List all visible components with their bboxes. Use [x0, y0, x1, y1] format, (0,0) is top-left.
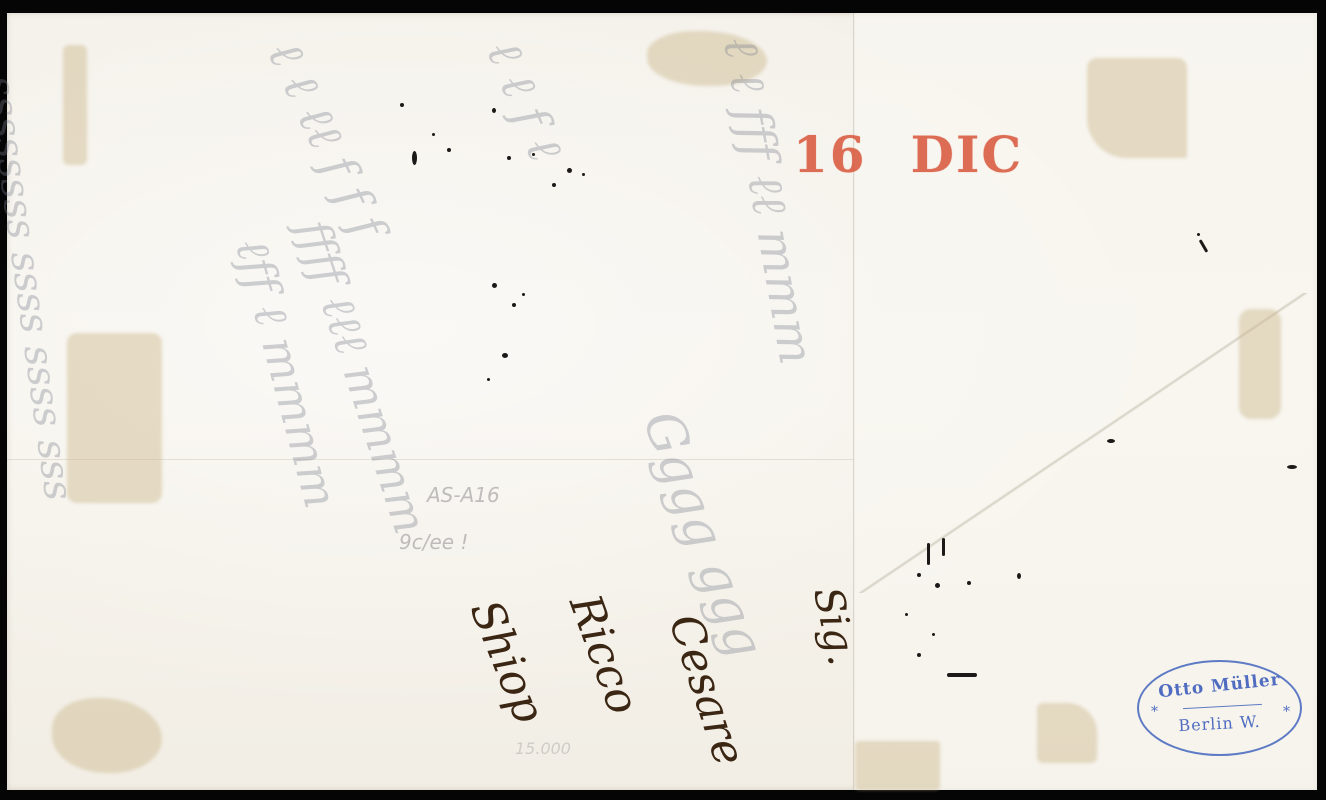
- date-postmark: 16DIC: [793, 125, 1023, 184]
- letter-sheet: ssssssss ssss ssss sss ℓ ℓ ℓℓ 𝑓 𝑓 𝑓 ℓ ℓ …: [7, 13, 1317, 790]
- pencil-note: AS-A16: [427, 483, 500, 507]
- showthrough-writing: ffff ℓℓℓ mmmm: [286, 213, 438, 540]
- stain-bottom-left: [52, 698, 162, 773]
- showthrough-writing: ℓ ℓ 𝑓 ℓ: [475, 33, 573, 168]
- hinge-remnant-bottom: [1037, 703, 1097, 763]
- hinge-remnant-top-right: [1087, 58, 1187, 158]
- showthrough-writing: ℓ𝑓𝑓 ℓ mmmm: [225, 233, 349, 514]
- photo-background: ssssssss ssss ssss sss ℓ ℓ ℓℓ 𝑓 𝑓 𝑓 ℓ ℓ …: [0, 0, 1326, 800]
- collector-handstamp: Otto Müller * * Berlin W.: [1137, 660, 1302, 756]
- stain-right: [1239, 309, 1281, 419]
- pencil-note: 15.000: [515, 739, 571, 758]
- stain-top-center: [647, 31, 767, 86]
- stain-bottom-center: [855, 741, 940, 790]
- stamp-city: Berlin W.: [1139, 710, 1301, 737]
- stamp-name: Otto Müller: [1138, 668, 1300, 705]
- pencil-note: 9c/ee !: [399, 530, 468, 554]
- stain-top-left: [63, 45, 87, 165]
- stamp-divider: [1183, 704, 1262, 709]
- handwritten-address-line: Cesare: [658, 608, 755, 772]
- hinge-remnant-left: [67, 333, 162, 503]
- postmark-day: 16: [793, 125, 867, 184]
- handwritten-address-line: Ricco: [559, 588, 649, 721]
- postmark-month: DIC: [911, 125, 1024, 184]
- showthrough-writing: ℓ ℓ ℓℓ 𝑓 𝑓 𝑓: [256, 33, 395, 247]
- handwritten-address-line: Shiop: [460, 593, 555, 730]
